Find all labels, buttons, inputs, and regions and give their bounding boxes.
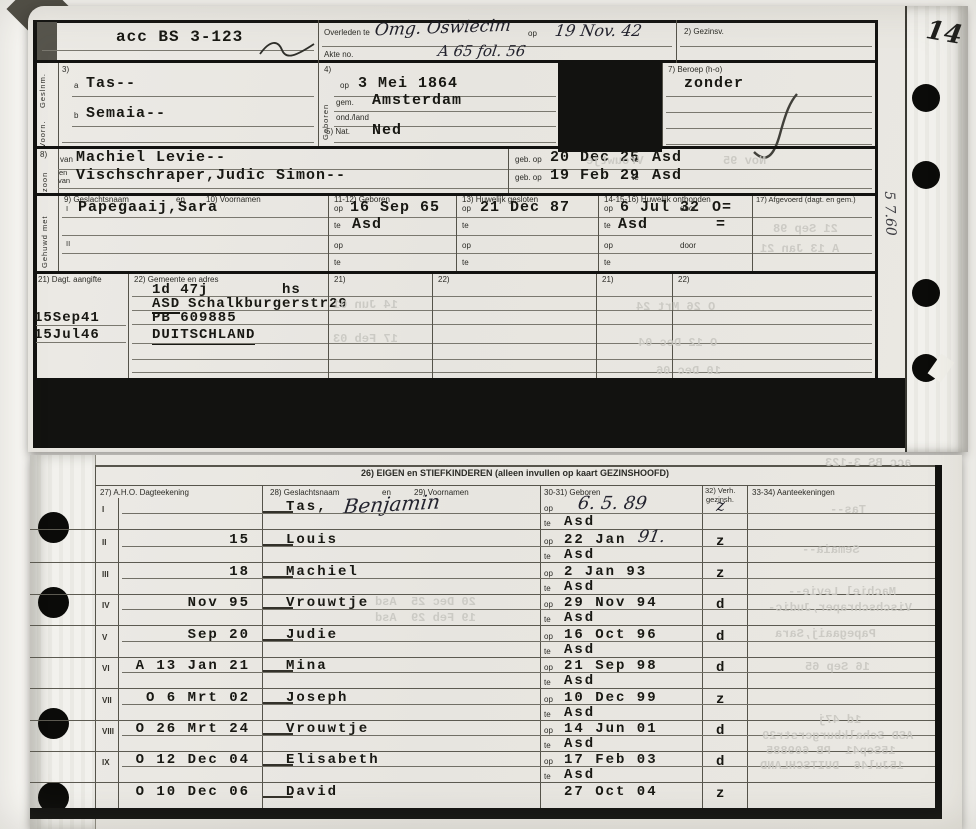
ruled-line	[122, 641, 935, 642]
ruled-mark	[263, 576, 293, 578]
row-numeral: II	[102, 538, 106, 547]
birth-date-handwritten: 6. 5. 89	[577, 495, 648, 513]
divider	[672, 274, 673, 378]
sub-label-b: b	[74, 112, 78, 121]
bleedthrough-text: acc BS 3-123	[825, 456, 911, 470]
field8-label: 8)	[40, 151, 47, 160]
ruled-line	[334, 111, 556, 112]
row-marker-ii: II	[66, 240, 70, 248]
side-label-voorn: Voorn.	[38, 110, 47, 148]
border	[875, 20, 878, 378]
ond-label: ond./land	[336, 114, 369, 123]
col21b-header: 21)	[334, 276, 346, 285]
te-label: te	[544, 742, 551, 751]
op-label: op	[462, 205, 471, 214]
op-label: op	[340, 82, 349, 91]
child-row: I Tas, Benjamin op 6. 5. 89 te Asd z	[30, 498, 942, 531]
ruled-line	[36, 325, 126, 326]
punch-hole	[912, 161, 940, 189]
divider	[432, 274, 433, 378]
verh-value: d	[716, 630, 724, 645]
border	[95, 465, 935, 467]
dagteekening-value: O 10 Dec 06	[110, 785, 250, 800]
ruled-line	[36, 342, 126, 343]
op-label: op	[334, 205, 343, 214]
divider	[596, 274, 597, 378]
bleedthrough-text: ASD Schalkburgerstr29	[762, 729, 913, 743]
registration-date4: 15Jul46	[34, 328, 100, 343]
door-label: door	[680, 242, 696, 251]
row-numeral: IX	[102, 758, 110, 767]
ruled-mark	[263, 511, 293, 513]
child-row: VII O 6 Mrt 02 Joseph op 10 Dec 99 te As…	[30, 689, 942, 722]
geb-op-label: geb. op	[515, 174, 542, 183]
border	[33, 271, 878, 274]
bleedthrough-text: Machiel Levie--	[788, 585, 896, 599]
ruled-line	[132, 359, 872, 360]
te-label: te	[334, 259, 341, 268]
op-label: op	[462, 242, 471, 251]
door-label: door	[680, 205, 696, 214]
ruled-line	[132, 296, 872, 297]
right-margin-strip	[905, 6, 968, 452]
bleedthrough-text: 15Jul46 DUITSCHLAND	[760, 759, 904, 773]
wedding-date: 21 Dec 87	[480, 200, 570, 216]
birth-place-value: Amsterdam	[372, 93, 462, 109]
verh-value: z	[716, 567, 724, 582]
nationality-value: Ned	[372, 123, 402, 139]
beroep-label: 7) Beroep (h-o)	[668, 66, 722, 75]
bleedthrough-text: 16 Sep 65	[805, 660, 870, 674]
verh-value: d	[716, 755, 724, 770]
te-label: te	[544, 679, 551, 688]
birth-place: Asd	[564, 768, 595, 783]
col28-header: 28) Geslachtsnaam	[270, 489, 339, 498]
col21-header: 21) Dagt. aangifte	[38, 276, 102, 285]
te-label: te	[544, 773, 551, 782]
ruled-mark	[263, 733, 293, 735]
checkmark-handwriting	[750, 90, 802, 162]
death-place-label: Overleden te	[324, 29, 370, 38]
birth-place: Asd	[564, 580, 595, 595]
te-label: te	[462, 222, 469, 231]
ruled-line	[132, 310, 872, 311]
punch-hole	[912, 279, 940, 307]
field4-label: 4)	[324, 66, 331, 75]
ruled-line	[30, 529, 935, 530]
divider	[456, 196, 457, 271]
row-numeral: IV	[102, 601, 110, 610]
divorce-place: Asd	[618, 217, 648, 233]
ruled-line	[62, 217, 872, 218]
redaction-bar	[30, 808, 942, 819]
ruled-mark	[263, 670, 293, 672]
beroep-value: zonder	[684, 76, 744, 92]
bleedthrough-text: Semaia--	[802, 543, 860, 557]
birth-place: Asd	[564, 548, 595, 563]
firstname-value: Semaia--	[86, 106, 166, 122]
row-numeral: III	[102, 570, 109, 579]
te-label: te	[544, 616, 551, 625]
ruled-mark	[263, 764, 293, 766]
col21c-header: 21)	[602, 276, 614, 285]
divider	[598, 196, 599, 271]
divorce-by: O=	[712, 200, 732, 216]
te-label: te	[544, 585, 551, 594]
col27-header: 27) A.H.O. Dagteekening	[100, 489, 189, 498]
mother-birth-place: Asd	[652, 168, 682, 184]
verh-value: d	[716, 724, 724, 739]
side-label-zoon: zoon	[40, 162, 49, 192]
verh-value: z	[716, 693, 724, 708]
birth-date: 27 Oct 04	[564, 785, 658, 800]
divider	[676, 20, 677, 63]
ruled-line	[122, 513, 935, 514]
bleedthrough-text: O 12 Dec 04	[638, 336, 717, 350]
bleedthrough-text: Vrouwtje	[586, 154, 644, 168]
col33-header: 33-34) Aanteekeningen	[752, 489, 835, 498]
side-label-geslnm: Geslnm.	[38, 68, 47, 108]
scanned-document-page: 14 5 7.60 acc BS 3-123 Overleden te Omg.…	[0, 0, 976, 829]
divorce-mark: =	[716, 217, 726, 233]
ruled-line	[62, 253, 872, 254]
ruled-line	[334, 126, 556, 127]
bleedthrough-text: O 26 Mrt 24	[636, 300, 715, 314]
redaction-bar	[558, 60, 662, 152]
nat-label: 5) Nat.	[326, 128, 350, 137]
ruled-line	[132, 324, 872, 325]
border	[33, 60, 878, 63]
divider	[752, 196, 753, 271]
ruled-mark	[263, 607, 293, 609]
akte-value: A 65 fol. 56	[437, 44, 527, 59]
margin-annotation: 5 7.60	[882, 191, 898, 236]
geb-op-label: geb. op	[515, 156, 542, 165]
side-label-gehuwd: Gehuwd met	[40, 200, 49, 268]
row-numeral: V	[102, 633, 107, 642]
te-label: te	[632, 174, 639, 183]
col22b-header: 22)	[438, 276, 450, 285]
page-number: 14	[924, 17, 964, 49]
birth-year-handwritten: 91.	[637, 529, 667, 546]
te-label: te	[334, 222, 341, 231]
divider	[128, 274, 129, 378]
ruled-line	[132, 372, 872, 373]
bleedthrough-text: Papegaaij,Sara	[775, 627, 876, 641]
op-label: op	[604, 205, 613, 214]
bleedthrough-text: 21 Sep 98	[773, 222, 838, 236]
birth-place: Asd	[564, 706, 595, 721]
ruled-line	[72, 96, 314, 97]
verh-value: d	[716, 661, 724, 676]
birth-place: Asd	[564, 674, 595, 689]
divider	[328, 274, 329, 378]
te-label: te	[462, 259, 469, 268]
ruled-line	[95, 485, 935, 486]
ruled-mark	[263, 702, 293, 704]
gezinsv-label: 2) Gezinsv.	[684, 28, 724, 37]
verh-value: d	[716, 598, 724, 613]
gem-label: gem.	[336, 99, 354, 108]
field3-label: 3)	[62, 66, 69, 75]
bleedthrough-text: 15Sep41 PB 609885	[766, 744, 896, 758]
mother-birth-date: 19 Feb 29	[550, 168, 640, 184]
bleedthrough-text: Vischschraper,Judic-	[768, 601, 912, 615]
bleedthrough-text: 1d 47j	[818, 713, 861, 727]
te-label: te	[544, 553, 551, 562]
row-numeral: VI	[102, 664, 110, 673]
bleedthrough-text: 19 Feb 29 Asd	[375, 611, 476, 625]
death-date-label: op	[528, 30, 537, 39]
row-numeral: I	[102, 505, 104, 514]
akte-label: Akte no.	[324, 51, 353, 60]
ruled-line	[122, 578, 935, 579]
death-date-value: 19 Nov. 42	[554, 23, 643, 39]
op-label: op	[604, 242, 613, 251]
bleedthrough-text: 20 Dec 25 Asd	[375, 595, 476, 609]
handwritten-squiggle	[256, 36, 318, 64]
registration-date3: 15Sep41	[34, 311, 100, 326]
divider	[318, 20, 319, 147]
bleedthrough-text: Nov 95	[723, 154, 766, 168]
father-name: Machiel Levie--	[76, 150, 226, 166]
te-label: te	[544, 711, 551, 720]
redaction-bar	[33, 378, 905, 448]
birth-place: Asd	[564, 515, 595, 530]
te-label: te	[544, 648, 551, 657]
bleedthrough-text: Tas--	[830, 503, 866, 517]
bleedthrough-text: 17 Feb 03	[333, 332, 398, 346]
divider	[328, 196, 329, 271]
section-title: 26) EIGEN en STIEFKINDEREN (alleen invul…	[95, 469, 935, 479]
divider	[662, 63, 663, 147]
divider	[58, 63, 59, 271]
spouse-birth-place: Asd	[352, 217, 382, 233]
van-label: van	[60, 156, 73, 165]
ruled-mark	[263, 639, 293, 641]
divider	[508, 149, 509, 193]
bleedthrough-text: 14 Jun 01	[333, 298, 398, 312]
te-label: te	[544, 520, 551, 529]
ruled-line	[62, 235, 872, 236]
ruled-line	[72, 126, 314, 127]
verh-value: z	[716, 787, 724, 802]
mother-name: Vischschraper,Judic Simon--	[76, 168, 346, 184]
bleedthrough-text: A 13 Jan 21	[760, 242, 839, 256]
bleedthrough-text: 10 Dec 06	[656, 364, 721, 378]
reference-number: acc BS 3-123	[116, 29, 243, 46]
op-label: op	[334, 242, 343, 251]
birth-place: Asd	[564, 737, 595, 752]
birth-date-value: 3 Mei 1864	[358, 76, 458, 92]
sub-label-a: a	[74, 82, 78, 91]
death-place-value: Omg. Oswiecim	[374, 18, 512, 40]
ruled-line	[62, 142, 314, 143]
col22c-header: 22)	[678, 276, 690, 285]
spouse-name: Papegaaij,Sara	[78, 200, 218, 216]
birth-place: Asd	[564, 611, 595, 626]
punch-hole	[912, 84, 940, 112]
col32-header: 32) Verh.	[705, 487, 735, 495]
surname-value: Tas--	[86, 76, 136, 92]
spouse-birth-date: 16 Sep 65	[350, 200, 440, 216]
father-birth-place: Asd	[652, 150, 682, 166]
row-marker-i: I	[66, 205, 68, 213]
child-name: David	[286, 785, 338, 800]
te-label: te	[604, 222, 611, 231]
ruled-line	[680, 46, 872, 47]
van2-label: van	[58, 177, 70, 185]
ruled-line	[334, 142, 556, 143]
ruled-mark	[263, 544, 293, 546]
te-label: te	[604, 259, 611, 268]
verh-value: z	[716, 535, 724, 550]
ruled-line	[122, 704, 935, 705]
ruled-line	[132, 343, 872, 344]
ruled-mark	[263, 796, 293, 798]
registration-card-front: 14 5 7.60 acc BS 3-123 Overleden te Omg.…	[28, 6, 966, 452]
ruled-line	[58, 188, 872, 189]
col17-header: 17) Afgevoerd (dagt. en gem.)	[756, 196, 856, 204]
registration-card-back: 26) EIGEN en STIEFKINDEREN (alleen invul…	[30, 455, 962, 829]
birth-place: Asd	[564, 643, 595, 658]
index-tab	[37, 22, 57, 60]
